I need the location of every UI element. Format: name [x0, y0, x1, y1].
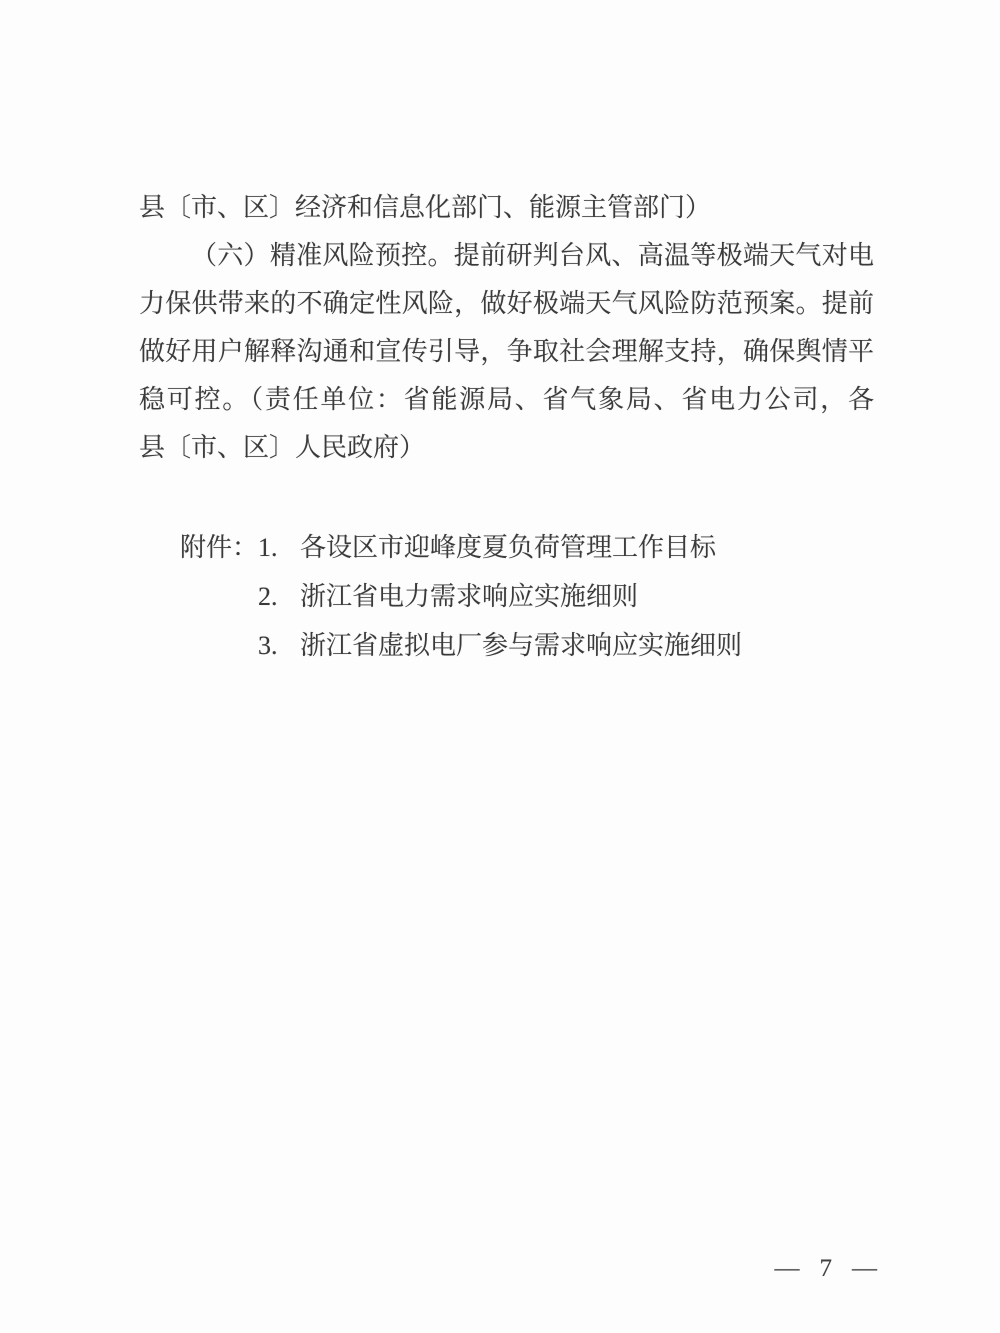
paragraph-six-line-3: 做好用户解释沟通和宣传引导，争取社会理解支持，确保舆情平 [139, 328, 874, 376]
page-number: — 7 — [775, 1255, 878, 1283]
attachment-item-1-title: 各设区市迎峰度夏负荷管理工作目标 [300, 533, 716, 562]
page-number-dash-right: — [852, 1255, 877, 1283]
attachment-item-2-number: 2. [258, 573, 300, 621]
attachment-item-1: 1.各设区市迎峰度夏负荷管理工作目标 [258, 524, 874, 573]
paragraph-six-line-4: 稳可控。（责任单位：省能源局、省气象局、省电力公司，各市、 [139, 376, 874, 424]
page-number-value: 7 [820, 1255, 833, 1283]
document-page: 县〔市、区〕经济和信息化部门、能源主管部门） （六）精准风险预控。提前研判台风、… [0, 0, 1000, 1333]
paragraph-six-line-5: 县〔市、区〕人民政府） [139, 424, 874, 472]
attachments-label: 附件： [180, 524, 258, 572]
attachment-item-2: 2.浙江省电力需求响应实施细则 [258, 573, 874, 622]
attachment-item-2-title: 浙江省电力需求响应实施细则 [300, 582, 638, 611]
document-body: 县〔市、区〕经济和信息化部门、能源主管部门） （六）精准风险预控。提前研判台风、… [139, 184, 874, 671]
attachments-block: 附件： 1.各设区市迎峰度夏负荷管理工作目标 2.浙江省电力需求响应实施细则 3… [180, 524, 874, 671]
paragraph-six-line-2: 力保供带来的不确定性风险，做好极端天气风险防范预案。提前 [139, 280, 874, 328]
attachment-item-3: 3.浙江省虚拟电厂参与需求响应实施细则 [258, 622, 874, 671]
attachment-item-3-number: 3. [258, 622, 300, 670]
paragraph-continuation-line: 县〔市、区〕经济和信息化部门、能源主管部门） [139, 184, 874, 232]
attachment-item-1-number: 1. [258, 524, 300, 572]
attachments-list: 1.各设区市迎峰度夏负荷管理工作目标 2.浙江省电力需求响应实施细则 3.浙江省… [258, 524, 874, 671]
paragraph-six-line-1: （六）精准风险预控。提前研判台风、高温等极端天气对电 [139, 232, 874, 280]
attachment-item-3-title: 浙江省虚拟电厂参与需求响应实施细则 [300, 631, 742, 660]
page-number-dash-left: — [775, 1255, 800, 1283]
